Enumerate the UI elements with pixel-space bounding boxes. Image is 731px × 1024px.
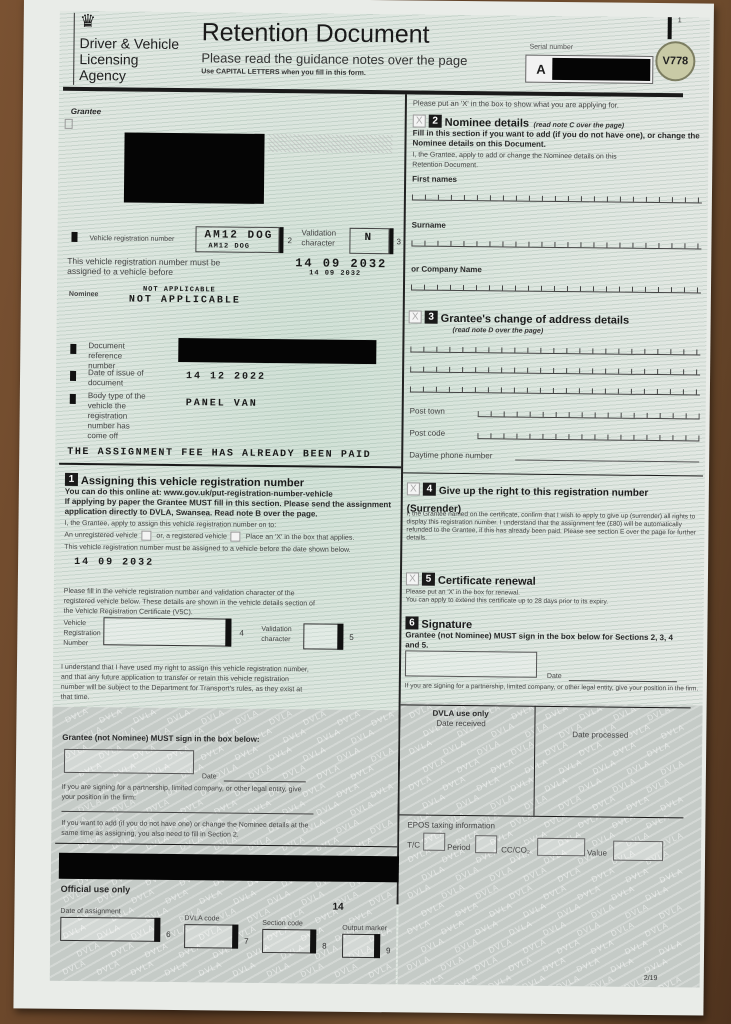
body-type-label: Body type of the vehicle the registratio… bbox=[87, 391, 148, 442]
section4-checkbox[interactable]: X bbox=[407, 483, 420, 496]
section1-understand-note: I understand that I have used my right t… bbox=[61, 663, 311, 706]
section5-heading: X5Certificate renewal bbox=[406, 570, 536, 589]
validation-box-number: 3 bbox=[396, 237, 401, 246]
serial-number-field: A bbox=[525, 55, 653, 84]
period-label: Period bbox=[447, 843, 470, 853]
royal-crest-icon: ♛ bbox=[80, 11, 96, 32]
vrn-field-bar bbox=[279, 227, 283, 253]
date-processed-label: Date processed bbox=[572, 730, 628, 741]
section1-before-line: This vehicle registration number must be… bbox=[64, 543, 404, 557]
vrn-box-number: 2 bbox=[287, 236, 292, 245]
vrn-value: AM12 DOG bbox=[204, 229, 273, 242]
document-paper: ♛ Driver & Vehicle Licensing Agency Rete… bbox=[13, 0, 714, 1016]
address-line-3-input[interactable] bbox=[410, 382, 700, 395]
form-footer-code: 2/19 bbox=[644, 975, 658, 982]
fee-paid-notice: THE ASSIGNMENT FEE HAS ALREADY BEEN PAID bbox=[67, 447, 371, 461]
section1-validation-input[interactable] bbox=[303, 623, 343, 649]
dvla-code-label: DVLA code bbox=[184, 914, 219, 924]
section6-number: 6 bbox=[405, 617, 418, 630]
section3-note: (read note D over the page) bbox=[453, 327, 544, 335]
section2-title: Nominee details bbox=[445, 117, 529, 130]
section2-body: Fill in this section if you want to add … bbox=[412, 128, 702, 151]
form-code-badge: V778 bbox=[655, 41, 695, 81]
section1-vrn-box-number: 4 bbox=[239, 629, 244, 638]
redacted-grantee-address bbox=[124, 132, 265, 203]
guidance-subtitle: Please read the guidance notes over the … bbox=[201, 50, 467, 68]
period-input[interactable] bbox=[475, 835, 497, 853]
section4-body: I, the Grantee named on the certificate,… bbox=[406, 510, 696, 545]
section3-heading: X3Grantee's change of address details bbox=[409, 308, 630, 328]
official-use-title: Official use only bbox=[61, 884, 131, 895]
post-town-label: Post town bbox=[410, 406, 445, 416]
section1-vrn-input[interactable] bbox=[103, 617, 231, 646]
value-input[interactable] bbox=[613, 841, 663, 862]
post-town-input[interactable] bbox=[478, 407, 700, 419]
date-of-assignment-label: Date of assignment bbox=[60, 907, 120, 918]
registered-vehicle-checkbox[interactable] bbox=[231, 532, 241, 542]
agency-line-2: Licensing bbox=[79, 51, 179, 68]
post-code-input[interactable] bbox=[477, 429, 699, 441]
grantee-checkbox bbox=[65, 119, 73, 129]
redacted-serial bbox=[552, 58, 650, 81]
address-line-1-input[interactable] bbox=[410, 342, 700, 355]
section1-paper-note: If applying by paper the Grantee MUST fi… bbox=[65, 497, 400, 521]
section3-title: Grantee's change of address details bbox=[441, 313, 630, 327]
cc-co2-input[interactable] bbox=[537, 838, 585, 857]
capital-letters-instruction: Use CAPITAL LETTERS when you fill in thi… bbox=[201, 68, 366, 77]
section2-apply: I, the Grantee, apply to add or change t… bbox=[412, 150, 642, 172]
section1-position-note: If you are signing for a partnership, li… bbox=[62, 783, 312, 806]
right-instruction: Please put an 'X' in the box to show wha… bbox=[413, 98, 619, 110]
date-of-assignment-input[interactable] bbox=[60, 917, 160, 942]
issue-date-label: Date of issue of document bbox=[88, 368, 148, 389]
section3-checkbox[interactable]: X bbox=[409, 311, 422, 324]
company-name-label: or Company Name bbox=[411, 264, 482, 275]
vrn-field: AM12 DOG AM12 DOG bbox=[195, 226, 279, 253]
nominee-label: Nominee bbox=[69, 290, 99, 300]
cc-co2-label: CC/CO₂ bbox=[501, 845, 530, 855]
value-label: Value bbox=[587, 848, 607, 858]
dvla-code-number: 7 bbox=[244, 937, 249, 946]
tc-label: T/C bbox=[407, 840, 420, 850]
company-name-input[interactable] bbox=[411, 280, 701, 293]
section-code-label: Section code bbox=[262, 919, 303, 929]
output-marker-number: 9 bbox=[386, 946, 391, 955]
agency-line-1: Driver & Vehicle bbox=[79, 35, 179, 52]
corner-marker bbox=[668, 11, 672, 39]
validation-field: N bbox=[349, 228, 389, 254]
section6-date-line[interactable] bbox=[569, 680, 677, 682]
redacted-doc-ref bbox=[178, 338, 376, 364]
section1-rule bbox=[59, 463, 401, 469]
registered-vehicle-label: or, a registered vehicle bbox=[156, 533, 227, 541]
field-marker bbox=[70, 344, 76, 354]
document-title: Retention Document bbox=[201, 18, 429, 49]
surname-input[interactable] bbox=[411, 236, 701, 249]
field-marker bbox=[71, 232, 77, 242]
dvla-code-input[interactable] bbox=[184, 924, 238, 949]
field-marker bbox=[70, 394, 76, 404]
agency-line-3: Agency bbox=[79, 67, 179, 84]
grantee-label: Grantee bbox=[71, 107, 101, 117]
section-code-input[interactable] bbox=[262, 929, 316, 954]
section1-nominee-note: If you want to add (if you do not have o… bbox=[61, 819, 321, 842]
post-code-label: Post code bbox=[409, 428, 445, 438]
section6-signature-box[interactable] bbox=[405, 650, 537, 677]
section1-sign-label: Grantee (not Nominee) MUST sign in the b… bbox=[62, 733, 259, 745]
issue-date-value: 14 12 2022 bbox=[186, 371, 266, 383]
retention-document-form: ♛ Driver & Vehicle Licensing Agency Rete… bbox=[50, 11, 710, 988]
section5-checkbox[interactable]: X bbox=[406, 573, 419, 586]
body-type-value: PANEL VAN bbox=[186, 398, 258, 410]
section5-number: 5 bbox=[422, 573, 435, 586]
section1-options: An unregistered vehicle or, a registered… bbox=[64, 530, 404, 544]
place-x-instruction: Place an 'X' in the box that applies. bbox=[246, 534, 355, 542]
corner-number: 1 bbox=[678, 17, 682, 24]
date-received-label: Date received bbox=[436, 719, 485, 730]
section1-vrn-label: Vehicle Registration Number bbox=[63, 619, 103, 649]
section5-body2: You can apply to extend this certificate… bbox=[406, 596, 696, 607]
vrn-label: Vehicle registration number bbox=[89, 234, 174, 245]
section2-number: 2 bbox=[429, 115, 442, 128]
section1-signature-box[interactable] bbox=[64, 749, 194, 774]
section1-validation-label: Validation character bbox=[261, 625, 301, 645]
nominee-value: NOT APPLICABLE bbox=[129, 295, 241, 307]
section6-title: Signature bbox=[421, 619, 472, 632]
assign-before-label: This vehicle registration number must be… bbox=[67, 256, 247, 278]
vrn-value-small: AM12 DOG bbox=[208, 242, 250, 250]
section1-fill-note: Please fill in the vehicle registration … bbox=[64, 587, 324, 620]
section1-validation-box-number: 5 bbox=[349, 633, 354, 642]
section-code-number: 8 bbox=[322, 942, 327, 951]
validation-value: N bbox=[364, 232, 373, 244]
section3-number: 3 bbox=[425, 311, 438, 324]
phone-label: Daytime phone number bbox=[409, 450, 492, 461]
section5-title: Certificate renewal bbox=[438, 575, 536, 588]
section4-number: 4 bbox=[423, 483, 436, 496]
nominee-value-small: NOT APPLICABLE bbox=[143, 286, 216, 295]
section1-date-label: Date bbox=[202, 772, 217, 782]
section1-number: 1 bbox=[65, 473, 78, 486]
surname-label: Surname bbox=[412, 220, 446, 230]
output-marker-input[interactable] bbox=[342, 934, 380, 958]
section6-body: Grantee (not Nominee) MUST sign in the b… bbox=[405, 630, 675, 653]
output-marker-label: Output marker bbox=[342, 924, 387, 934]
section4-rule bbox=[403, 472, 703, 476]
dvla-use-title: DVLA use only bbox=[432, 709, 488, 720]
assign-before-date-small: 14 09 2032 bbox=[309, 269, 361, 278]
phone-input[interactable] bbox=[515, 460, 699, 463]
official-stamp-number: 14 bbox=[332, 902, 343, 913]
validation-label: Validation character bbox=[301, 228, 349, 249]
epos-label: EPOS taxing information bbox=[407, 820, 495, 831]
section6-position-note: If you are signing for a partnership, li… bbox=[405, 682, 700, 693]
header-rule bbox=[63, 87, 683, 97]
redacted-barcode bbox=[59, 853, 399, 883]
tc-input[interactable] bbox=[423, 833, 445, 851]
first-names-input[interactable] bbox=[412, 190, 702, 203]
date-of-assignment-number: 6 bbox=[166, 930, 171, 939]
address-line-2-input[interactable] bbox=[410, 362, 700, 375]
doc-ref-label: Document reference number bbox=[88, 341, 148, 372]
serial-number-label: Serial number bbox=[529, 44, 573, 51]
unregistered-vehicle-label: An unregistered vehicle bbox=[64, 532, 137, 540]
validation-field-bar bbox=[389, 228, 393, 254]
security-pattern bbox=[268, 134, 392, 153]
logo-divider bbox=[73, 13, 75, 85]
first-names-label: First names bbox=[412, 174, 457, 184]
unregistered-vehicle-checkbox[interactable] bbox=[141, 531, 151, 541]
section2-checkbox[interactable]: X bbox=[413, 115, 426, 128]
section6-date-label: Date bbox=[547, 672, 562, 682]
serial-prefix: A bbox=[536, 62, 546, 77]
section2-note: (read note C over the page) bbox=[533, 122, 624, 130]
field-marker bbox=[70, 371, 76, 381]
section1-before-date: 14 09 2032 bbox=[74, 557, 154, 569]
agency-name: Driver & Vehicle Licensing Agency bbox=[79, 35, 179, 84]
